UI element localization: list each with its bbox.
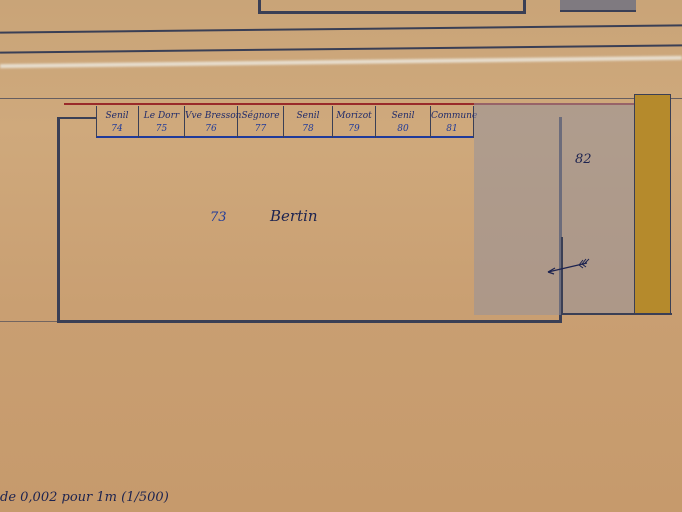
parcel-82-number: 82 xyxy=(575,152,592,167)
lower-boundary-line xyxy=(0,321,562,322)
parcel-75[interactable]: Le Dorr 75 xyxy=(139,106,185,138)
parcel-82-bottom-edge xyxy=(561,313,672,315)
parcel-82-area[interactable] xyxy=(474,103,635,315)
parcel-74[interactable]: Senil 74 xyxy=(96,106,139,138)
scale-caption: de 0,002 pour 1m (1/500) xyxy=(0,490,169,505)
parcel-73-number: 73 xyxy=(210,210,227,225)
upper-building-outline xyxy=(258,0,526,14)
parcel-80[interactable]: Senil 80 xyxy=(376,106,431,138)
parcel-77[interactable]: Ségnore 77 xyxy=(238,106,284,138)
parcel-81[interactable]: Commune 81 xyxy=(431,106,474,138)
parcel-73-owner: Bertin xyxy=(270,207,318,225)
scale-text: de 0,002 pour 1m xyxy=(0,490,117,505)
road-line xyxy=(0,24,682,33)
scale-ratio: (1/500) xyxy=(121,490,169,505)
upper-shaded-block xyxy=(560,0,636,12)
parcel-78[interactable]: Senil 78 xyxy=(284,106,333,138)
paper-crease xyxy=(0,56,682,68)
street-line xyxy=(0,98,682,99)
arrow-icon xyxy=(545,258,595,282)
parcel-76[interactable]: Vve Bresson 76 xyxy=(185,106,238,138)
ochre-strip xyxy=(634,94,671,315)
parcel-top-edge xyxy=(57,117,97,119)
parcel-79[interactable]: Morizot 79 xyxy=(333,106,376,138)
road-line xyxy=(0,44,682,53)
